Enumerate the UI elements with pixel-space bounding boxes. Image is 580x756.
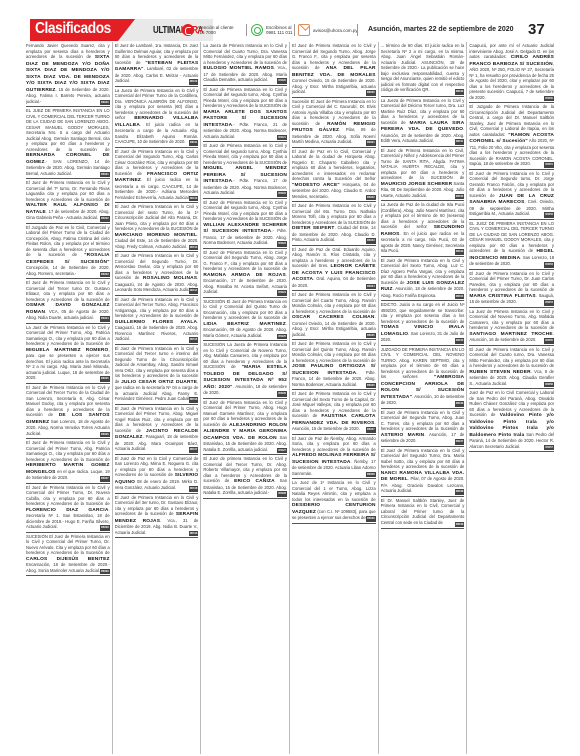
legal-notice: La Juez de Primera Instancia en lo Civil… [26, 324, 110, 384]
legal-notice: El Juez de Primera Instancia en lo Civil… [292, 42, 376, 98]
notice-text: El Juez de Primera Instancia en lo Civil… [292, 341, 376, 363]
legal-notice: Caapucú, por ante mí el Actuario Judicia… [469, 42, 554, 103]
notice-text: El Juez de Primera Instancia en lo Civil… [292, 203, 376, 225]
legal-notice: La Jueza de Primera Instancia en lo Civi… [115, 87, 199, 148]
legal-notice: El Juez de Primera Instancia en lo Civil… [469, 270, 554, 308]
notice-subject-name: DIETER SEIFERT [292, 226, 335, 231]
notice-subject-name: MAURICIO JORGE SCHERER [381, 182, 453, 187]
notice-code: R6010 [189, 79, 199, 85]
column-5: ... término de 60 días. El juicio radica… [381, 42, 468, 754]
notice-text: El Juez de Primera Instancia en lo Civil… [469, 347, 554, 369]
notice-text: El Juez de Primera Instancia en lo Civil… [26, 485, 110, 507]
notice-code: R6005 [100, 376, 110, 382]
notice-code: R6037 [366, 427, 376, 433]
notice-code: R6035 [366, 333, 376, 339]
legal-notice: La Jueza de Primera Instancia en lo Civi… [203, 42, 287, 86]
legal-notice: La Jueza de Paz de la ciudad de Isla Puc… [381, 201, 465, 257]
notice-code: R6052 [544, 212, 554, 218]
notice-code: R6032 [366, 195, 376, 201]
notice-subject-name: LIDIA BEATRIZ MARTINEZ [203, 322, 286, 327]
notice-code: R6044 [455, 294, 465, 300]
notice-code: R6036 [366, 383, 376, 389]
legal-notice: El Juez de Primera Instancia en lo Civil… [381, 447, 465, 497]
legal-notice: El Juez de Paz en lo Civil, Comercial y … [292, 148, 376, 203]
notice-code: R6031 [366, 140, 376, 146]
legal-notice: El Juez de Paz en lo Civil y Comercial d… [115, 455, 199, 494]
legal-notice: EL JUEZ DE PRIMERA INSTANCIA EN LO CIVIL… [469, 220, 554, 270]
divider [246, 24, 247, 36]
notice-code: R6000 [100, 100, 110, 106]
notice-code: R6038 [366, 472, 376, 478]
legal-notice: Juez de Paz en lo Civil Comercial y Labo… [469, 389, 554, 452]
legal-notice: El Juez de Paz de Ñemby, Abog. Armando S… [292, 435, 376, 480]
notice-subject-name: RAMONA ARMOA DE ROJAS [203, 273, 286, 278]
notice-subject-name: ROSALINO MOLINAS [143, 276, 197, 281]
notice-code: R6017 [189, 447, 199, 453]
notice-code: R6025 [277, 334, 287, 340]
mail-icon [298, 24, 310, 36]
page-header: Clasificados ULTIMAHORA Atención al clie… [0, 0, 580, 40]
notice-subject-name: ERICO CAÑIZA [234, 479, 275, 484]
notice-code: R6050 [544, 96, 554, 102]
notice-subject-name: FLORENCIO DIAZ GARCIA [26, 508, 109, 513]
notice-text: El Juez de Primera Instancia en lo Civil… [26, 440, 110, 462]
notice-subject-name: MARIA CRISTINA FLEITAS [469, 294, 535, 299]
legal-notice: El Juez de Primera Instancia en lo Civil… [469, 170, 554, 220]
column-3: La Jueza de Primera Instancia en lo Civi… [203, 42, 290, 754]
notice-code: R6013 [189, 245, 199, 251]
notice-code: R6055 [544, 338, 554, 344]
legal-notice: La Juez de 1º Instancia en lo Civil y Co… [292, 479, 376, 524]
notice-code: R6006 [100, 432, 110, 438]
column-2: El Juez de Lambaré, 1ra. Instancia, Dr. … [115, 42, 202, 754]
notice-text: El Juez de Primera Instancia en lo Civil… [381, 448, 465, 470]
notice-text: La Juez de 1º Instancia en lo Civil y Co… [292, 480, 376, 502]
notice-text: El Dr. Manuel Saltbón Stanley, Juez de P… [381, 498, 465, 525]
notice-text: La Juez de Primera Instancia en lo Civil… [469, 309, 554, 331]
notice-subject-name: JULIO CESAR ORTIZ DUARTE [121, 380, 197, 385]
legal-notice: El Juez de Primera Instancia en lo Civil… [26, 484, 110, 533]
notice-code: R6012 [189, 196, 199, 202]
contact-whatsapp: Escribinos al0981 111 011 [251, 22, 293, 38]
notice-text: Coronel Oviedo, 15 de Setiembre de 2020.… [292, 78, 376, 94]
notice-code: R6027 [277, 448, 287, 454]
notice-subject-name: ASTERIO MARIN [381, 433, 425, 438]
notice-subject-name: CARLOS DIJESÚS BENITEZ [26, 557, 110, 562]
divider [357, 24, 358, 36]
legal-notice: El Juez de Primera Instancia en lo Civil… [26, 439, 110, 484]
notice-code: R6016 [189, 397, 199, 403]
notice-code: R6007 [100, 476, 110, 482]
column-1: Fernando Javier Quevedo Suarez, cita y e… [26, 42, 113, 754]
notice-text: El Juez de Primera Instancia en lo Civil… [26, 180, 110, 202]
notice-subject-name: RUBEN STEVEN NEDER [469, 370, 530, 375]
notice-text: El Juez de Primera Instancia en lo Civil… [115, 297, 199, 319]
notice-subject-name: OSCAR CACERES COLMAN [292, 315, 375, 320]
notice-text: El Juez de Primera Instancia en lo Civil… [26, 280, 110, 302]
contact-phone: Atención al cliente415 7000 [182, 22, 234, 38]
notice-code: R6042 [455, 194, 465, 200]
legal-notice: El Juez de Lambaré, 1ra. Instancia, Dr. … [115, 42, 199, 87]
legal-notice: La Jueza de Primera Instancia en lo Civi… [381, 97, 465, 147]
legal-notice: El Juez de Primera Instancia en lo Civil… [115, 296, 199, 345]
notice-code: R6021 [277, 135, 287, 141]
notice-code: R6051 [544, 162, 554, 168]
notice-code: R6039 [366, 516, 376, 522]
legal-notice: El Juzgado de Paz en lo Civil, Comercial… [26, 224, 110, 280]
legal-notice: JUZGADO DE PRIMERA INSTANCIA EN LO CIVIL… [381, 346, 465, 409]
notice-code: R6026 [277, 391, 287, 397]
legal-notice: El Juez de Paz de Gral. Eduardo Aquino, … [292, 246, 376, 292]
notice-text: Encarnación, 18 de Setiembre de 2020.- A… [26, 562, 110, 573]
notice-text: El Juez de Primera Instancia en lo Civil… [381, 148, 465, 181]
section-title: Clasificados [35, 20, 111, 38]
legal-notice: El Juez de Primera Instancia en lo Civil… [203, 249, 287, 298]
legal-notice: SUCESIÓN La Jueza de Primera Instancia e… [203, 341, 287, 399]
legal-notice: EDICTO. Juicio a su cargo en el Juicio N… [381, 301, 465, 346]
notice-code: R6001 [100, 172, 110, 178]
notice-code: R6045 [455, 338, 465, 344]
notice-code: R6056 [544, 382, 554, 388]
notice-text: El Juez de Primera Instancia en lo Civil… [203, 87, 287, 109]
legal-notice: EL JUEZ DE PRIMERA INSTANCIA EN LO CIVIL… [26, 107, 110, 179]
legal-notice: La Juez de Primera Instancia en lo Civil… [469, 308, 554, 346]
notice-code: R6023 [277, 241, 287, 247]
notice-text: ... término de 60 días. El juicio radica… [381, 43, 465, 92]
legal-notice: El Juez de Primera Instancia en lo Civil… [115, 252, 199, 296]
notice-text: El Juez de Primera Instancia en lo Civil… [469, 271, 554, 293]
notice-code: R6009 [100, 569, 110, 575]
notice-subject-name: "MODESTO ARCE" [292, 183, 340, 188]
legal-notice: El Juez de Primera Instancia en lo Civil… [26, 384, 110, 440]
notice-text: EDICTO. Juicio a su cargo en el Juicio N… [381, 302, 465, 324]
legal-notice: Fernando Javier Quevedo Suarez, cita y e… [26, 42, 110, 107]
notice-text: La Jueza de Primera Instancia en lo Civi… [203, 43, 287, 65]
legal-notice: El Juez de Primera Instancia en lo Civil… [115, 345, 199, 405]
notice-code: R6033 [366, 238, 376, 244]
notice-text: El Juez de Primera Instancia en lo Civil… [292, 292, 376, 314]
notice-code: R6030 [366, 90, 376, 96]
legal-notice: El Juez de Primera Instancia en lo Civil… [26, 279, 110, 324]
notice-code: R6019 [189, 531, 199, 537]
notice-code: R6020 [277, 78, 287, 84]
notice-code: R6040 [455, 89, 465, 95]
notice-code: R6041 [455, 139, 465, 145]
section-banner: Clasificados ULTIMAHORA [30, 19, 180, 41]
legal-notice: El Juez de Primera Instancia en lo Civil… [115, 203, 199, 252]
notice-text: El Juez de Primera Instancia en lo Civil… [203, 143, 287, 165]
notice-subject-name: EULOGIO MONTIEL RAMOS [203, 66, 274, 71]
column-6: Caapucú, por ante mí el Actuario Judicia… [469, 42, 556, 754]
contact-email: avisos@uhora.com.py [298, 22, 358, 38]
notice-text: El Juez de Primera Instancia en lo Civil… [115, 346, 199, 384]
notice-text: El Juez de Primera Instancia en lo Civil… [203, 200, 287, 222]
notice-code: R6015 [189, 337, 199, 343]
legal-notice: El Juez de Primera Instancia en lo Civil… [203, 199, 287, 249]
legal-notice: El Juez de Primera Instancia en lo Civil… [381, 409, 465, 447]
notice-code: R6053 [544, 262, 554, 268]
notice-subject-name: GUILLERMO FLORES AYALA [115, 320, 198, 325]
page-number: 37 [528, 21, 545, 38]
legal-notice: ... término de 60 días. El juicio radica… [381, 42, 465, 97]
legal-notice: El Juez de Primera Instancia en lo Civil… [203, 142, 287, 199]
notice-code: R6014 [189, 288, 199, 294]
notice-text: El Juez de Primera Instancia en lo Civil… [115, 204, 199, 231]
legal-notice: El Juez de primera Instancia en lo Civil… [203, 455, 287, 499]
issue-date: Asunción, martes 22 de septiembre de 202… [368, 26, 514, 33]
notice-code: R6004 [100, 316, 110, 322]
notice-text: , AÑO 2020, Nº 250, FOLIO Nº 27, Secreta… [469, 61, 554, 100]
legal-notice: El Juez de Primera Instancia en lo Civil… [115, 494, 199, 539]
notice-code: R6022 [277, 191, 287, 197]
notice-code: R6018 [189, 486, 199, 492]
notice-code: R6054 [544, 300, 554, 306]
notice-text: SUCESIÓN El Juez de Primera Instancia en… [26, 534, 110, 556]
legal-notice: El Juez de Primera Instancia en lo Civil… [292, 340, 376, 390]
notice-text: El Juez de Paz de Ñemby, Abog. Armando S… [292, 436, 376, 452]
divider [294, 24, 295, 36]
legal-notice: El Juez de Primera Instancia en lo Civil… [203, 86, 287, 143]
notice-code: R6057 [544, 445, 554, 451]
whatsapp-icon [251, 24, 263, 36]
legal-notice: Sucesión El Juez de Primera Instancia en… [292, 98, 376, 148]
legal-notice: El Juez de Primera Instancia en lo Civil… [115, 148, 199, 204]
notice-text: EL JUEZ DE PRIMERA INSTANCIA EN LO CIVIL… [26, 108, 110, 152]
notice-code: R6049 [455, 522, 465, 528]
notice-code: R6003 [100, 272, 110, 278]
legal-notice: El Juez de Primera Instancia en lo Civil… [115, 405, 199, 455]
notice-code: R6048 [455, 489, 465, 495]
notice-code: R6002 [100, 216, 110, 222]
legal-notice: El Juez de Primera Instancia en lo Civil… [292, 390, 376, 435]
legal-notice: El Juez de Primera Instancia en lo Civil… [203, 399, 287, 456]
notice-text: SUCESIÓN El Juez de Primera Instancia en… [203, 299, 287, 321]
notice-text: El Juez de Paz en lo Civil, Comercial y … [292, 149, 376, 182]
notice-code: R6024 [277, 290, 287, 296]
notice-text: El Juez de Primera Instancia en lo Civil… [203, 250, 287, 272]
legal-notice: SUCESIÓN El Juez de Primera Instancia en… [203, 298, 287, 342]
notice-code: R6043 [455, 249, 465, 255]
notice-subject-name: SANTIAGO MARTINEZ TROCHE [469, 332, 552, 337]
notice-code: R6046 [455, 401, 465, 407]
notice-code: R6028 [277, 491, 287, 497]
column-4: El Juez de Primera Instancia en lo Civil… [292, 42, 379, 754]
notice-text: El Juez de Primera Instancia en lo Civil… [381, 410, 465, 432]
notice-code: R6034 [366, 284, 376, 290]
notice-text: . Asunción, 18 de setiembre de 2020. Abo… [381, 286, 465, 298]
notice-code: R6047 [455, 439, 465, 445]
phone-icon [182, 24, 194, 36]
classifieds-columns: Fernando Javier Quevedo Suarez, cita y e… [26, 42, 556, 754]
legal-notice: El Juez de Primera Instancia en lo Civil… [292, 291, 376, 340]
legal-notice: El Juzgado de Primera Instancia de la Ci… [469, 103, 554, 170]
legal-notice: El Juez de Primera Instancia en lo Civil… [381, 147, 465, 202]
notice-subject-name: MARCIANO MORENO MONTIEL [115, 233, 198, 238]
notice-code: R6008 [100, 525, 110, 531]
legal-notice: El Juez de Primera Instancia en lo Civil… [381, 257, 465, 302]
legal-notice: El Juez de Primera Instancia en lo Civil… [26, 179, 110, 224]
notice-code: R6011 [189, 140, 199, 146]
notice-text: La Juez de Primera Instancia en lo Civil… [26, 325, 110, 347]
legal-notice: El Juez de Primera Instancia en lo Civil… [469, 346, 554, 390]
legal-notice: El Dr. Manuel Saltbón Stanley, Juez de P… [381, 497, 465, 530]
notice-text: Concepción, 14 de Setiembre de 2020. Abo… [26, 265, 110, 276]
legal-notice: SUCESIÓN El Juez de Primera Instancia en… [26, 533, 110, 577]
legal-notice: El Juez de Primera Instancia en lo Civil… [292, 202, 376, 246]
notice-subject-name: MIGUELA MARTINEZ ROMERO [26, 348, 109, 353]
